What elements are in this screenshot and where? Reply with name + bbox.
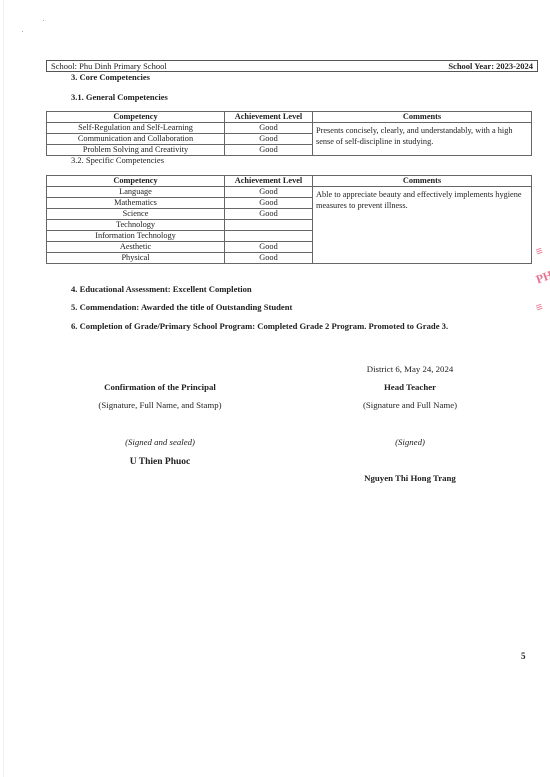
level-cell: [225, 231, 313, 242]
comment-cell: Able to appreciate beauty and effectivel…: [313, 187, 532, 264]
signature-date: District 6, May 24, 2024: [345, 364, 475, 374]
school-name: School: Phu Dinh Primary School: [51, 61, 167, 71]
competency-cell: Language: [47, 187, 225, 198]
school-year: School Year: 2023-2024: [448, 61, 533, 71]
stamp-mark: PH: [534, 268, 550, 288]
scan-speck: [43, 20, 44, 21]
principal-note: (Signature, Full Name, and Stamp): [60, 400, 260, 410]
comment-cell: Presents concisely, clearly, and underst…: [313, 123, 532, 156]
level-cell: Good: [225, 134, 313, 145]
level-cell: Good: [225, 187, 313, 198]
teacher-title: Head Teacher: [345, 382, 475, 392]
section-title-core-competencies: 3. Core Competencies: [71, 72, 150, 82]
program-completion: 6. Completion of Grade/Primary School Pr…: [71, 321, 448, 331]
commendation: 5. Commendation: Awarded the title of Ou…: [71, 302, 292, 312]
competency-cell: Science: [47, 209, 225, 220]
competency-cell: Physical: [47, 253, 225, 264]
level-cell: [225, 220, 313, 231]
column-header: Comments: [313, 112, 532, 123]
level-cell: Good: [225, 242, 313, 253]
competency-cell: Aesthetic: [47, 242, 225, 253]
section-title-general-competencies: 3.1. General Competencies: [71, 92, 168, 102]
column-header: Competency: [47, 176, 225, 187]
table-row: Language Good Able to appreciate beauty …: [47, 187, 532, 198]
principal-status: (Signed and sealed): [60, 437, 260, 447]
teacher-name: Nguyen Thi Hong Trang: [345, 473, 475, 483]
specific-competencies-table: Competency Achievement Level Comments La…: [46, 175, 532, 264]
competency-cell: Self-Regulation and Self-Learning: [47, 123, 225, 134]
competency-cell: Problem Solving and Creativity: [47, 145, 225, 156]
teacher-status: (Signed): [345, 437, 475, 447]
scan-speck: [22, 31, 23, 32]
competency-cell: Communication and Collaboration: [47, 134, 225, 145]
general-competencies-table: Competency Achievement Level Comments Se…: [46, 111, 532, 156]
level-cell: Good: [225, 145, 313, 156]
stamp-mark: ≡: [534, 299, 546, 315]
page-edge: [3, 0, 4, 777]
column-header: Competency: [47, 112, 225, 123]
page-number: 5: [521, 651, 526, 661]
level-cell: Good: [225, 253, 313, 264]
column-header: Achievement Level: [225, 176, 313, 187]
column-header: Comments: [313, 176, 532, 187]
table-row: Self-Regulation and Self-Learning Good P…: [47, 123, 532, 134]
competency-cell: Technology: [47, 220, 225, 231]
column-header: Achievement Level: [225, 112, 313, 123]
level-cell: Good: [225, 198, 313, 209]
competency-cell: Mathematics: [47, 198, 225, 209]
teacher-note: (Signature and Full Name): [345, 400, 475, 410]
document-header: School: Phu Dinh Primary School School Y…: [46, 60, 538, 72]
stamp-mark: ≡: [534, 243, 546, 259]
educational-assessment: 4. Educational Assessment: Excellent Com…: [71, 284, 252, 294]
competency-cell: Information Technology: [47, 231, 225, 242]
section-title-specific-competencies: 3.2. Specific Competencies: [71, 155, 164, 165]
principal-title: Confirmation of the Principal: [60, 382, 260, 392]
level-cell: Good: [225, 123, 313, 134]
table-header-row: Competency Achievement Level Comments: [47, 112, 532, 123]
principal-name: U Thien Phuoc: [60, 457, 260, 467]
level-cell: Good: [225, 209, 313, 220]
table-header-row: Competency Achievement Level Comments: [47, 176, 532, 187]
